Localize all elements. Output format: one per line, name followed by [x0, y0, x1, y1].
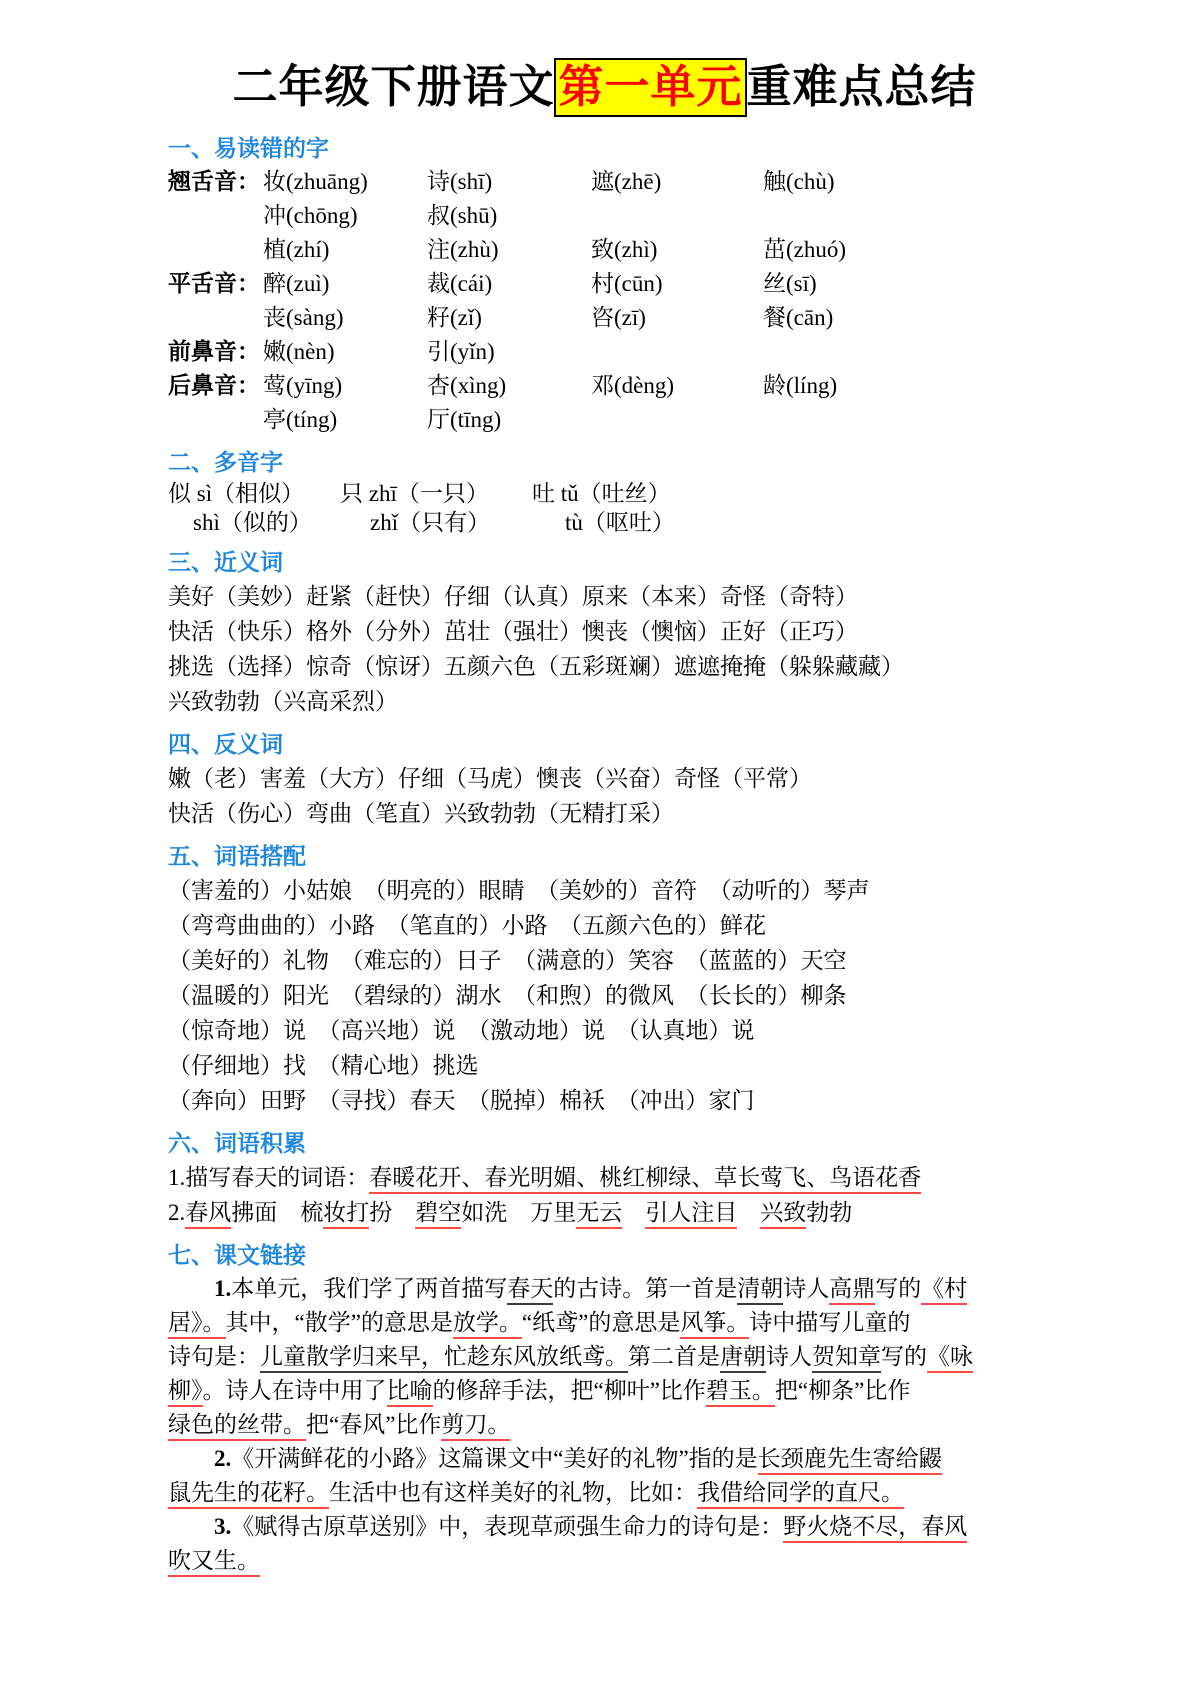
text-segment: 万里	[530, 1200, 576, 1225]
pronunciation-type-label	[168, 403, 263, 437]
text-segment: 野火烧不尽，春风	[783, 1514, 967, 1543]
antonym-line: 快活（伤心）弯曲（笔直）兴致勃勃（无精打采）	[168, 796, 1101, 831]
text-segment: 柳》	[168, 1378, 203, 1407]
character-pinyin-item	[591, 199, 763, 233]
text-segment: 的古诗。第一首是	[553, 1276, 737, 1301]
polyphone-entry: 只 zhī（一只）	[340, 479, 532, 508]
character-pinyin-item: 醉(zuì)	[263, 267, 427, 301]
document-page: 二年级下册语文第一单元重难点总结 一、易读错的字 翘舌音： 妆(zhuāng) …	[0, 0, 1191, 1684]
character-pinyin-item: 致(zhì)	[591, 233, 763, 267]
character-pinyin-item: 诗(shī)	[427, 165, 591, 199]
paragraph-line: 柳》。诗人在诗中用了比喻的修辞手法，把“柳叶”比作碧玉。把“柳条”比作	[168, 1374, 1101, 1408]
synonym-lines: 美好（美妙）赶紧（赶快）仔细（认真）原来（本来）奇怪（奇特） 快活（快乐）格外（…	[168, 579, 1101, 719]
section-heading-synonyms: 三、近义词	[168, 545, 1101, 579]
text-segment: 鼠先生的花籽。	[168, 1480, 329, 1509]
text-segment: 唐朝	[720, 1344, 766, 1373]
character-pinyin-item	[591, 335, 763, 369]
text-segment: 诗中描写儿童的	[749, 1310, 910, 1335]
paragraph-line: 绿色的丝带。把“春风”比作剪刀。	[168, 1408, 1101, 1442]
collocation-line: （温暖的）阳光 （碧绿的）湖水 （和煦）的微风 （长长的）柳条	[168, 978, 1101, 1013]
text-segment: “纸鸢”的意思是	[522, 1310, 680, 1335]
page-title-highlight: 第一单元	[554, 58, 746, 117]
paragraph-line: 居》。其中，“散学”的意思是放学。“纸鸢”的意思是风筝。诗中描写儿童的	[168, 1306, 1101, 1340]
text-segment: 居》。	[168, 1310, 226, 1339]
character-pinyin-item: 亭(tíng)	[263, 403, 427, 437]
accumulation-line: 2.春风拂面 梳妆打扮 碧空如洗 万里无云 引人注目 兴致勃勃	[168, 1195, 1101, 1230]
text-segment: 风筝。	[680, 1310, 749, 1339]
character-pinyin-item: 冲(chōng)	[263, 199, 427, 233]
collocation-lines: （害羞的）小姑娘 （明亮的）眼睛 （美妙的）音符 （动听的）琴声 （弯弯曲曲的）…	[168, 873, 1101, 1118]
misread-character-table: 翘舌音： 妆(zhuāng) 诗(shī) 遮(zhē) 触(chù) 冲(ch…	[168, 165, 1101, 437]
polyphone-entry: shì（似的）	[193, 508, 370, 537]
section-heading-antonyms: 四、反义词	[168, 727, 1101, 761]
pronunciation-type-label: 翘舌音：	[168, 165, 263, 199]
text-segment: 《开满鲜花的小路》这篇课文中“美好的礼物”指的是	[231, 1446, 757, 1471]
text-segment: 高鼎	[829, 1276, 875, 1305]
text-segment: 我借给同学的直尺。	[697, 1480, 904, 1509]
accumulation-line: 1.描写春天的词语：春暖花开、春光明媚、桃红柳绿、草长莺飞、鸟语花香	[168, 1160, 1101, 1195]
character-pinyin-item: 杏(xìng)	[427, 369, 591, 403]
character-pinyin-item: 植(zhí)	[263, 233, 427, 267]
section-heading-word-collocations: 五、词语搭配	[168, 839, 1101, 873]
paragraph-line: 诗句是：儿童散学归来早，忙趁东风放纸鸢。第二首是唐朝诗人贺知章写的《咏	[168, 1340, 1101, 1374]
character-row: 冲(chōng) 叔(shū)	[168, 199, 1101, 233]
text-segment: 写的	[875, 1276, 921, 1301]
pronunciation-type-label	[168, 233, 263, 267]
text-segment: 碧空	[415, 1200, 461, 1229]
pronunciation-type-label: 前鼻音：	[168, 335, 263, 369]
text-segment	[168, 1446, 214, 1471]
text-segment	[622, 1200, 645, 1225]
collocation-line: （害羞的）小姑娘 （明亮的）眼睛 （美妙的）音符 （动听的）琴声	[168, 873, 1101, 908]
text-segment: 春天	[507, 1276, 553, 1305]
text-segment: 诗人	[783, 1276, 829, 1301]
text-segment: 剪刀。	[441, 1412, 510, 1441]
antonym-line: 嫩（老）害羞（大方）仔细（马虎）懊丧（兴奋）奇怪（平常）	[168, 761, 1101, 796]
section-synonyms: 三、近义词 美好（美妙）赶紧（赶快）仔细（认真）原来（本来）奇怪（奇特） 快活（…	[168, 545, 1101, 719]
text-segment: 长颈鹿先生寄给鼹	[758, 1446, 942, 1475]
synonym-line: 兴致勃勃（兴高采烈）	[168, 684, 1101, 719]
text-segment: 的修辞手法，把“柳叶”比作	[433, 1378, 706, 1403]
character-pinyin-item: 丧(sàng)	[263, 301, 427, 335]
text-segment: 本单元，我们学了两首描写	[231, 1276, 507, 1301]
polyphone-row: 似 sì（相似） 只 zhī（一只） 吐 tǔ（吐丝）	[168, 479, 1101, 508]
section-misread-characters: 一、易读错的字 翘舌音： 妆(zhuāng) 诗(shī) 遮(zhē) 触(c…	[168, 131, 1101, 437]
polyphone-entry: 吐 tǔ（吐丝）	[532, 479, 671, 508]
text-segment: 放学。	[453, 1310, 522, 1339]
text-segment: 1.	[214, 1276, 231, 1301]
collocation-line: （仔细地）找 （精心地）挑选	[168, 1048, 1101, 1083]
antonym-lines: 嫩（老）害羞（大方）仔细（马虎）懊丧（兴奋）奇怪（平常） 快活（伤心）弯曲（笔直…	[168, 761, 1101, 831]
character-row: 平舌音： 醉(zuì) 裁(cái) 村(cūn) 丝(sī)	[168, 267, 1101, 301]
paragraph-line: 鼠先生的花籽。生活中也有这样美好的礼物，比如：我借给同学的直尺。	[168, 1476, 1101, 1510]
character-pinyin-item: 莺(yīng)	[263, 369, 427, 403]
polyphone-row: shì（似的） zhǐ（只有） tù（呕吐）	[168, 508, 1101, 537]
character-pinyin-item: 嫩(nèn)	[263, 335, 427, 369]
text-segment: 1.描写春天的词语：	[168, 1165, 369, 1190]
section-antonyms: 四、反义词 嫩（老）害羞（大方）仔细（马虎）懊丧（兴奋）奇怪（平常） 快活（伤心…	[168, 727, 1101, 831]
character-row: 亭(tíng) 厅(tīng)	[168, 403, 1101, 437]
collocation-line: （惊奇地）说 （高兴地）说 （激动地）说 （认真地）说	[168, 1013, 1101, 1048]
text-segment: 梳	[300, 1200, 323, 1225]
section-text-links: 七、课文链接 1.本单元，我们学了两首描写春天的古诗。第一首是清朝诗人高鼎写的《…	[168, 1238, 1101, 1578]
text-segment: 比喻	[387, 1378, 433, 1407]
character-row: 丧(sàng) 籽(zǐ) 咨(zī) 餐(cān)	[168, 301, 1101, 335]
text-segment: 春暖花开、春光明媚、桃红柳绿、草长莺飞、鸟语花香	[369, 1165, 921, 1194]
text-segment: 。诗人在诗中用了	[203, 1378, 387, 1403]
character-pinyin-item: 遮(zhē)	[591, 165, 763, 199]
text-segment: 勃勃	[806, 1200, 852, 1225]
section-word-collocations: 五、词语搭配 （害羞的）小姑娘 （明亮的）眼睛 （美妙的）音符 （动听的）琴声 …	[168, 839, 1101, 1118]
character-pinyin-item: 龄(líng)	[763, 369, 1101, 403]
section-heading-word-accumulation: 六、词语积累	[168, 1126, 1101, 1160]
text-segment: 诗句是：	[168, 1344, 260, 1369]
paragraph-line: 1.本单元，我们学了两首描写春天的古诗。第一首是清朝诗人高鼎写的《村	[168, 1272, 1101, 1306]
pronunciation-type-label: 后鼻音：	[168, 369, 263, 403]
character-row: 翘舌音： 妆(zhuāng) 诗(shī) 遮(zhē) 触(chù)	[168, 165, 1101, 199]
synonym-line: 快活（快乐）格外（分外）茁壮（强壮）懊丧（懊恼）正好（正巧）	[168, 614, 1101, 649]
character-pinyin-item: 茁(zhuó)	[763, 233, 1101, 267]
section-word-accumulation: 六、词语积累 1.描写春天的词语：春暖花开、春光明媚、桃红柳绿、草长莺飞、鸟语花…	[168, 1126, 1101, 1230]
pronunciation-type-label: 平舌音：	[168, 267, 263, 301]
text-segment: 无云	[576, 1200, 622, 1229]
text-segment: 其中，“散学”的意思是	[226, 1310, 453, 1335]
paragraph-line: 3.《赋得古原草送别》中，表现草顽强生命力的诗句是：野火烧不尽，春风	[168, 1510, 1101, 1544]
character-pinyin-item: 餐(cān)	[763, 301, 1101, 335]
text-segment: 2.	[214, 1446, 231, 1471]
section-polyphonic-characters: 二、多音字 似 sì（相似） 只 zhī（一只） 吐 tǔ（吐丝） shì（似的…	[168, 445, 1101, 537]
text-segment: 碧玉。	[706, 1378, 775, 1407]
text-segment: 诗人	[766, 1344, 812, 1369]
character-pinyin-item: 咨(zī)	[591, 301, 763, 335]
character-row: 后鼻音： 莺(yīng) 杏(xìng) 邓(dèng) 龄(líng)	[168, 369, 1101, 403]
collocation-line: （美好的）礼物 （难忘的）日子 （满意的）笑容 （蓝蓝的）天空	[168, 943, 1101, 978]
character-pinyin-item	[763, 335, 1101, 369]
character-pinyin-item: 丝(sī)	[763, 267, 1101, 301]
character-pinyin-item: 厅(tīng)	[427, 403, 591, 437]
text-segment: 第二首是	[628, 1344, 720, 1369]
text-segment: 写的	[881, 1344, 927, 1369]
polyphone-entry: tù（呕吐）	[565, 508, 675, 537]
text-segment: 《咏	[927, 1344, 973, 1373]
text-segment: 生活中也有这样美好的礼物，比如：	[329, 1480, 697, 1505]
character-pinyin-item	[591, 403, 763, 437]
character-pinyin-item	[763, 403, 1101, 437]
page-title-prefix: 二年级下册语文	[232, 61, 554, 112]
text-segment: 清朝	[737, 1276, 783, 1305]
section-heading-misread-characters: 一、易读错的字	[168, 131, 1101, 165]
text-segment	[737, 1200, 760, 1225]
text-segment: 把“春风”比作	[306, 1412, 441, 1437]
page-title-suffix: 重难点总结	[747, 61, 977, 112]
accumulation-lines: 1.描写春天的词语：春暖花开、春光明媚、桃红柳绿、草长莺飞、鸟语花香 2.春风拂…	[168, 1160, 1101, 1230]
text-segment: 贺知章	[812, 1344, 881, 1373]
text-segment: 兴致	[760, 1200, 806, 1229]
text-segment: 扮	[369, 1200, 415, 1225]
text-segment: 如洗	[461, 1200, 530, 1225]
character-pinyin-item: 村(cūn)	[591, 267, 763, 301]
section-heading-text-links: 七、课文链接	[168, 1238, 1101, 1272]
character-pinyin-item: 籽(zǐ)	[427, 301, 591, 335]
text-segment: 绿色的丝带。	[168, 1412, 306, 1441]
text-segment: 《赋得古原草送别》中，表现草顽强生命力的诗句是：	[231, 1514, 783, 1539]
character-row: 前鼻音： 嫩(nèn) 引(yǐn)	[168, 335, 1101, 369]
pronunciation-type-label	[168, 199, 263, 233]
collocation-line: （奔向）田野 （寻找）春天 （脱掉）棉袄 （冲出）家门	[168, 1083, 1101, 1118]
character-pinyin-item: 妆(zhuāng)	[263, 165, 427, 199]
text-segment: 吹又生。	[168, 1548, 260, 1577]
character-pinyin-item: 邓(dèng)	[591, 369, 763, 403]
character-pinyin-item: 叔(shū)	[427, 199, 591, 233]
synonym-line: 美好（美妙）赶紧（赶快）仔细（认真）原来（本来）奇怪（奇特）	[168, 579, 1101, 614]
text-segment	[168, 1276, 214, 1301]
paragraph-line: 2.《开满鲜花的小路》这篇课文中“美好的礼物”指的是长颈鹿先生寄给鼹	[168, 1442, 1101, 1476]
text-segment: 3.	[214, 1514, 231, 1539]
text-segment	[168, 1514, 214, 1539]
text-segment: 拂面	[231, 1200, 300, 1225]
text-segment: 把“柳条”比作	[775, 1378, 910, 1403]
text-link-paragraphs: 1.本单元，我们学了两首描写春天的古诗。第一首是清朝诗人高鼎写的《村 居》。其中…	[168, 1272, 1101, 1578]
character-pinyin-item	[763, 199, 1101, 233]
paragraph-line: 吹又生。	[168, 1544, 1101, 1578]
section-heading-polyphonic-characters: 二、多音字	[168, 445, 1101, 479]
character-pinyin-item: 引(yǐn)	[427, 335, 591, 369]
pronunciation-type-label	[168, 301, 263, 335]
polyphone-entry: zhǐ（只有）	[370, 508, 565, 537]
collocation-line: （弯弯曲曲的）小路 （笔直的）小路 （五颜六色的）鲜花	[168, 908, 1101, 943]
synonym-line: 挑选（选择）惊奇（惊讶）五颜六色（五彩斑斓）遮遮掩掩（躲躲藏藏）	[168, 649, 1101, 684]
text-segment: 引人注目	[645, 1200, 737, 1229]
page-title: 二年级下册语文第一单元重难点总结	[108, 58, 1101, 117]
text-segment: 春风	[185, 1200, 231, 1229]
character-pinyin-item: 触(chù)	[763, 165, 1101, 199]
text-segment: 《村	[921, 1276, 967, 1305]
text-segment: 儿童散学归来早，忙趁东风放纸鸢。	[260, 1344, 628, 1373]
character-row: 植(zhí) 注(zhù) 致(zhì) 茁(zhuó)	[168, 233, 1101, 267]
text-segment: 2.	[168, 1200, 185, 1225]
text-segment: 妆打	[323, 1200, 369, 1229]
character-pinyin-item: 注(zhù)	[427, 233, 591, 267]
character-pinyin-item: 裁(cái)	[427, 267, 591, 301]
polyphone-entry: 似 sì（相似）	[168, 479, 340, 508]
